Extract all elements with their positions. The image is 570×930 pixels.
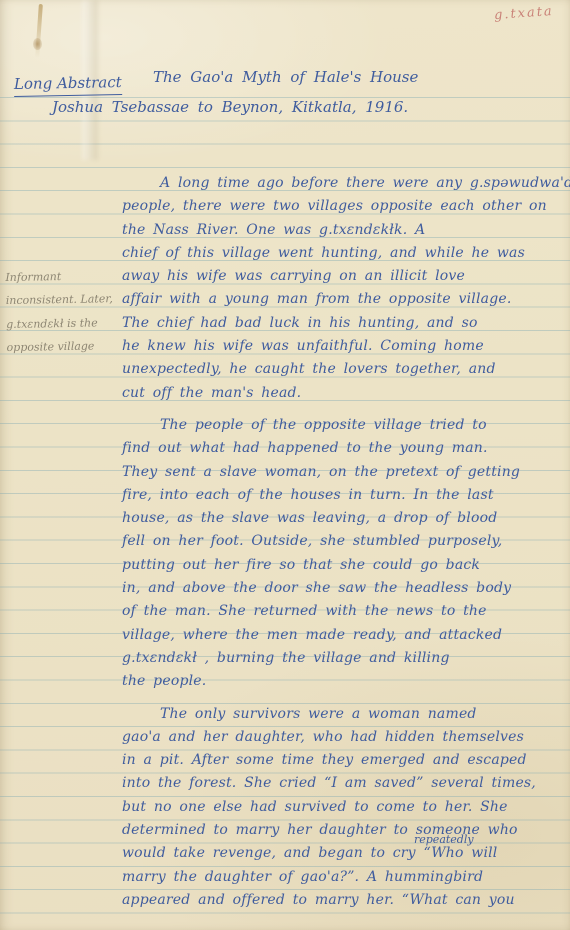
manuscript-line: he knew his wife was unfaithful. Coming … xyxy=(122,335,566,358)
margin-note: Informantinconsistent. Later,g.txɛndɛkł … xyxy=(5,265,127,360)
paragraph: The only survivors were a woman namedgao… xyxy=(122,703,566,913)
manuscript-line: but no one else had survived to come to … xyxy=(122,796,566,819)
manuscript-line: affair with a young man from the opposit… xyxy=(122,288,566,311)
paper-stain-dot xyxy=(33,38,42,50)
manuscript-line: in, and above the door she saw the headl… xyxy=(122,577,566,600)
manuscript-line: gao'a and her daughter, who had hidden t… xyxy=(122,726,566,749)
manuscript-line: house, as the slave was leaving, a drop … xyxy=(122,507,566,530)
page-title: The Gao'a Myth of Hale's House xyxy=(153,68,418,86)
manuscript-line: in a pit. After some time they emerged a… xyxy=(122,749,566,772)
manuscript-line: determined to marry her daughter to some… xyxy=(122,819,566,842)
note-line: opposite village xyxy=(6,335,126,360)
manuscript-line: g.txɛndɛkł , burning the village and kil… xyxy=(122,647,566,670)
manuscript-line: people, there were two villages opposite… xyxy=(122,195,566,218)
manuscript-line: marry the daughter of gao'a?”. A humming… xyxy=(122,866,566,889)
manuscript-page: g.txata Long Abstract The Gao'a Myth of … xyxy=(0,0,570,930)
manuscript-line: A long time ago before there were any g.… xyxy=(122,172,566,195)
manuscript-line: The people of the opposite village tried… xyxy=(122,414,566,437)
insertion-word: repeatedly xyxy=(414,833,474,846)
note-line: Informant xyxy=(5,265,125,290)
manuscript-line: away his wife was carrying on an illicit… xyxy=(122,265,566,288)
paragraph: The people of the opposite village tried… xyxy=(122,414,566,694)
manuscript-line: appeared and offered to marry her. “What… xyxy=(122,889,566,912)
manuscript-line: unexpectedly, he caught the lovers toget… xyxy=(122,358,566,381)
manuscript-line: find out what had happened to the young … xyxy=(122,437,566,460)
corner-red-annotation: g.txata xyxy=(494,4,555,23)
attribution-line: Joshua Tsebassae to Beynon, Kitkatla, 19… xyxy=(52,98,408,116)
manuscript-line: They sent a slave woman, on the pretext … xyxy=(122,461,566,484)
manuscript-line: cut off the man's head. xyxy=(122,382,566,405)
manuscript-line: The chief had bad luck in his hunting, a… xyxy=(122,312,566,335)
manuscript-line: into the forest. She cried “I am saved” … xyxy=(122,772,566,795)
manuscript-line: village, where the men made ready, and a… xyxy=(122,624,566,647)
manuscript-line: chief of this village went hunting, and … xyxy=(122,242,566,265)
manuscript-line: putting out her fire so that she could g… xyxy=(122,554,566,577)
manuscript-line: of the man. She returned with the news t… xyxy=(122,600,566,623)
long-abstract-label: Long Abstract xyxy=(14,73,122,97)
manuscript-line: the people. xyxy=(122,670,566,693)
note-line: g.txɛndɛkł is the xyxy=(6,312,126,337)
note-line: inconsistent. Later, xyxy=(6,288,126,313)
manuscript-line: the Nass River. One was g.txɛndɛkłk. A xyxy=(122,219,566,242)
manuscript-line: fell on her foot. Outside, she stumbled … xyxy=(122,530,566,553)
manuscript-line: would take revenge, and began to cry “Wh… xyxy=(122,842,566,865)
manuscript-body: A long time ago before there were any g.… xyxy=(122,172,566,912)
manuscript-line: fire, into each of the houses in turn. I… xyxy=(122,484,566,507)
paragraph: A long time ago before there were any g.… xyxy=(122,172,566,405)
manuscript-line: The only survivors were a woman named xyxy=(122,703,566,726)
